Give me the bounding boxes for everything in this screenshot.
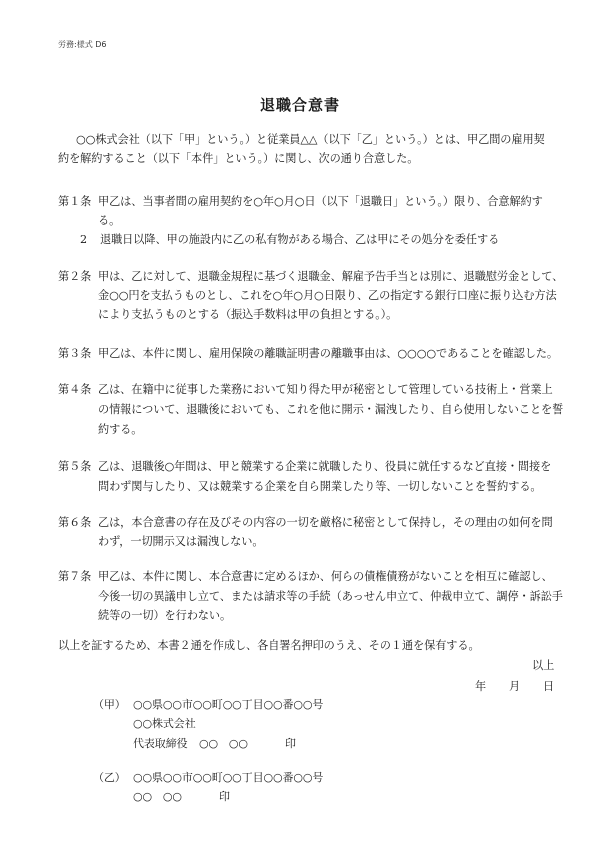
article-4-line-2: の情報について、退職後においても、これを他に開示・漏洩したり、自ら使用しないこと…: [98, 403, 563, 417]
article-1-line-2: る。: [98, 214, 120, 228]
article-text: 甲乙は、当事者間の雇用契約を○年○月○日（以下「退職日」という。）限り、合意解約…: [98, 195, 543, 208]
sub-number: 2: [80, 233, 100, 247]
article-2-line-2: 金○○円を支払うものとし、これを○年○月○日限り、乙の指定する銀行口座に振り込む…: [98, 289, 557, 303]
article-2: 第２条甲は、乙に対して、退職金規程に基づく退職金、解雇予告手当とは別に、退職慰労…: [58, 270, 563, 284]
article-text: 甲乙は、本件に関し、雇用保険の離職証明書の離職事由は、○○○○であることを確認し…: [98, 347, 558, 360]
article-label: 第３条: [58, 347, 98, 361]
article-label: 第１条: [58, 195, 98, 209]
article-7-line-2: 今後一切の異議申し立て、または請求等の手続（あっせん申立て、仲裁申立て、調停・訴…: [98, 590, 563, 604]
party-b-address: ○○県○○市○○町○○丁目○○番○○号: [133, 771, 323, 785]
article-label: 第２条: [58, 270, 98, 284]
preamble-line-2: 約を解約すること（以下「本件」という。）に関し、次の通り合意した。: [58, 152, 418, 166]
article-4-line-3: 約する。: [98, 423, 142, 437]
party-a-company: ○○株式会社: [133, 717, 196, 731]
party-b-seal: 印: [219, 790, 230, 804]
article-text: 乙は、在籍中に従事した業務において知り得た甲が秘密として管理している技術上・営業…: [98, 383, 553, 396]
party-b-label: （乙）: [93, 771, 126, 785]
article-label: 第４条: [58, 383, 98, 397]
article-text: 甲乙は、本件に関し、本合意書に定めるほか、何らの債権債務がないことを相互に確認し…: [98, 570, 553, 583]
party-a-seal: 印: [285, 737, 296, 751]
date-month: 月: [509, 680, 520, 694]
end-mark: 以上: [532, 659, 554, 673]
party-a-label: （甲）: [93, 698, 126, 712]
article-label: 第７条: [58, 570, 98, 584]
party-a-address: ○○県○○市○○町○○丁目○○番○○号: [133, 698, 323, 712]
article-text: 乙は、退職後○年間は、甲と競業する企業に就職したり、役員に就任するなど直接・間接…: [98, 460, 551, 473]
date-year: 年: [475, 680, 486, 694]
article-text: 甲は、乙に対して、退職金規程に基づく退職金、解雇予告手当とは別に、退職慰労金とし…: [98, 270, 563, 283]
article-5-line-2: 問わず関与したり、又は競業する企業を自ら開業したり等、一切しないことを誓約する。: [98, 480, 542, 494]
closing-statement: 以上を証するため、本書２通を作成し、各自署名押印のうえ、その１通を保有する。: [58, 639, 480, 653]
party-a-title: 代表取締役: [133, 737, 188, 751]
party-a-name: ○○ ○○: [199, 737, 248, 751]
sub-text: 退職日以降、甲の施設内に乙の私有物がある場合、乙は甲にその処分を委任する: [100, 233, 499, 246]
party-b-name: ○○ ○○: [133, 790, 182, 804]
article-7-line-3: 続等の一切）を行わない。: [98, 609, 231, 623]
article-label: 第５条: [58, 460, 98, 474]
form-label: 労務:様式 D6: [58, 39, 107, 50]
article-3: 第３条甲乙は、本件に関し、雇用保険の離職証明書の離職事由は、○○○○であることを…: [58, 347, 558, 361]
article-text: 乙は，本合意書の存在及びその内容の一切を厳格に秘密として保持し，その理由の如何を…: [98, 516, 553, 529]
article-6: 第６条乙は，本合意書の存在及びその内容の一切を厳格に秘密として保持し，その理由の…: [58, 516, 553, 530]
preamble-line-1: ○○株式会社（以下「甲」という。）と従業員△△（以下「乙」という。）とは、甲乙間…: [76, 133, 545, 147]
article-5: 第５条乙は、退職後○年間は、甲と競業する企業に就職したり、役員に就任するなど直接…: [58, 460, 551, 474]
date-day: 日: [543, 680, 554, 694]
article-1: 第１条甲乙は、当事者間の雇用契約を○年○月○日（以下「退職日」という。）限り、合…: [58, 195, 543, 209]
document-title: 退職合意書: [0, 94, 600, 115]
article-1-sub: 2退職日以降、甲の施設内に乙の私有物がある場合、乙は甲にその処分を委任する: [80, 233, 499, 247]
article-label: 第６条: [58, 516, 98, 530]
article-6-line-2: わず，一切開示又は漏洩しない。: [98, 535, 263, 549]
article-2-line-3: により支払うものとする（振込手数料は甲の負担とする。）。: [98, 308, 397, 322]
article-4: 第４条乙は、在籍中に従事した業務において知り得た甲が秘密として管理している技術上…: [58, 383, 553, 397]
article-7: 第７条甲乙は、本件に関し、本合意書に定めるほか、何らの債権債務がないことを相互に…: [58, 570, 553, 584]
